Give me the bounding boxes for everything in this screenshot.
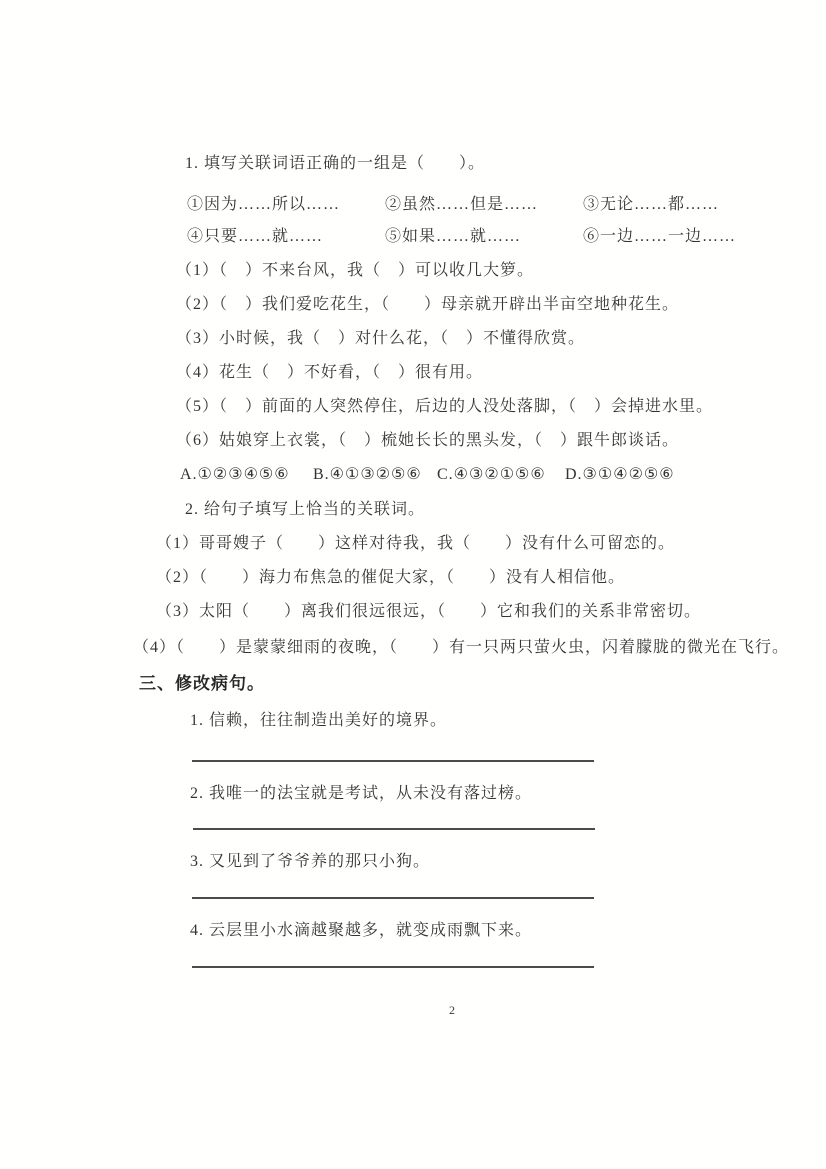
- answer-line-1: [192, 760, 594, 762]
- section3-item-2: 2. 我唯一的法宝就是考试，从未没有落过榜。: [190, 784, 532, 804]
- q2-item-4: （4）（ ）是蒙蒙细雨的夜晚，（ ）有一只两只萤火虫，闪着朦胧的微光在飞行。: [133, 638, 789, 658]
- q1-option-4: ④只要……就……: [187, 227, 323, 247]
- answer-line-2: [193, 828, 595, 830]
- q1-option-6: ⑥一边……一边……: [583, 227, 736, 247]
- q2-stem: 2. 给句子填写上恰当的关联词。: [185, 500, 425, 520]
- q1-item-4: （4）花生（ ）不好看，（ ）很有用。: [176, 363, 483, 383]
- q1-choice-b: B.④①③②⑤⑥: [313, 465, 422, 485]
- q1-choice-a: A.①②③④⑤⑥: [180, 465, 290, 485]
- section3-item-3: 3. 又见到了爷爷养的那只小狗。: [190, 852, 430, 872]
- q1-option-3: ③无论……都……: [583, 195, 719, 215]
- q1-item-3: （3）小时候，我（ ）对什么花，（ ）不懂得欣赏。: [176, 329, 585, 349]
- q2-item-2: （2）（ ）海力布焦急的催促大家，（ ）没有人相信他。: [156, 568, 625, 588]
- q2-item-3: （3）太阳（ ）离我们很远很远，（ ）它和我们的关系非常密切。: [156, 602, 701, 622]
- q2-item-1: （1）哥哥嫂子（ ）这样对待我，我（ ）没有什么可留恋的。: [156, 534, 675, 554]
- q1-item-5: （5）（ ）前面的人突然停住，后边的人没处落脚，（ ）会掉进水里。: [176, 397, 713, 417]
- answer-line-3: [192, 897, 594, 899]
- answer-line-4: [192, 966, 594, 968]
- section3-heading: 三、修改病句。: [139, 674, 265, 694]
- q1-choice-c: C.④③②①⑤⑥: [437, 465, 546, 485]
- q1-option-1: ①因为……所以……: [187, 195, 340, 215]
- q1-item-2: （2）（ ）我们爱吃花生，（ ）母亲就开辟出半亩空地种花生。: [176, 295, 679, 315]
- worksheet-page: 1. 填写关联词语正确的一组是（ ）。 ①因为……所以…… ②虽然……但是…… …: [0, 0, 826, 1169]
- q1-stem: 1. 填写关联词语正确的一组是（ ）。: [185, 154, 485, 174]
- section3-item-4: 4. 云层里小水滴越聚越多，就变成雨飘下来。: [190, 921, 532, 941]
- q1-item-6: （6）姑娘穿上衣裳，（ ）梳她长长的黑头发，（ ）跟牛郎谈话。: [176, 431, 679, 451]
- page-number: 2: [449, 1003, 455, 1018]
- q1-choice-d: D.③①④②⑤⑥: [565, 465, 675, 485]
- q1-option-2: ②虽然……但是……: [385, 195, 538, 215]
- section3-item-1: 1. 信赖，往往制造出美好的境界。: [190, 711, 447, 731]
- q1-item-1: （1）（ ）不来台风，我（ ）可以收几大箩。: [176, 261, 534, 281]
- q1-option-5: ⑤如果……就……: [385, 227, 521, 247]
